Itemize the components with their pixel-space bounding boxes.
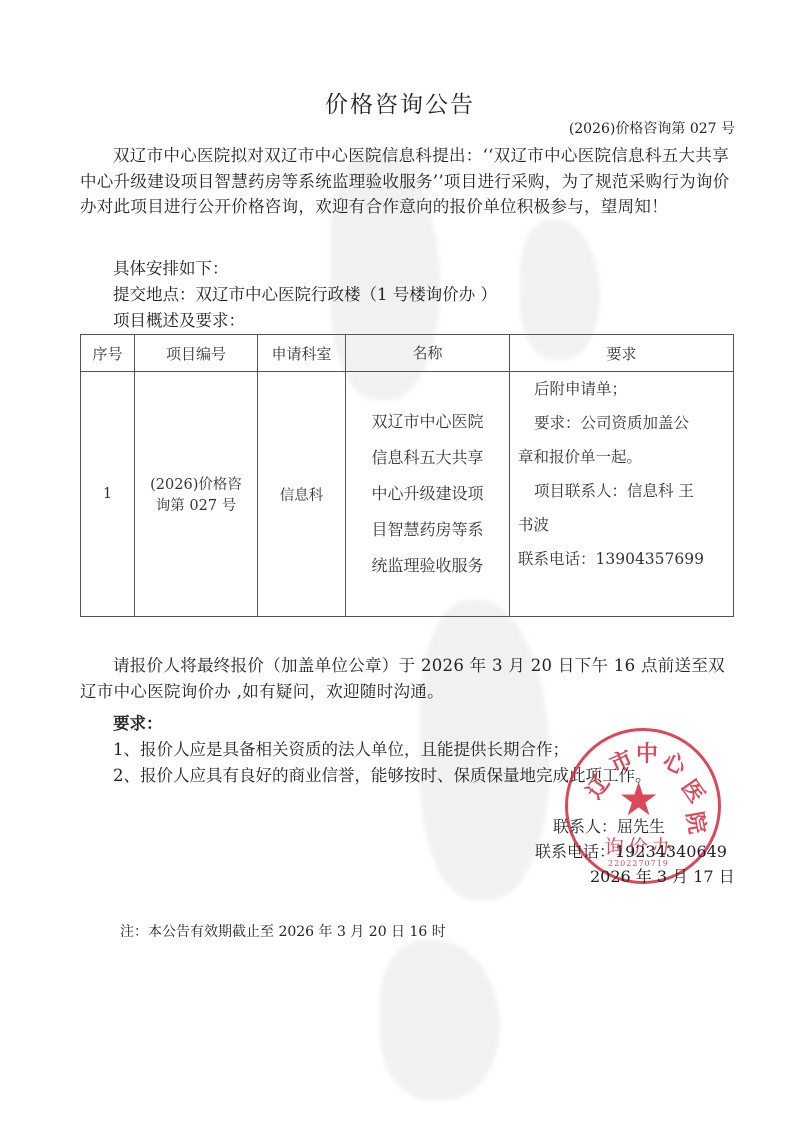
cell-name-line: 信息科五大共享 (346, 440, 509, 476)
project-table: 序号 项目编号 申请科室 名称 要求 1 (2026)价格咨 询第 027 号 … (80, 334, 734, 617)
cell-code: (2026)价格咨 询第 027 号 (135, 372, 258, 617)
overview-heading: 项目概述及要求： (113, 307, 245, 331)
header-code: 项目编号 (135, 335, 258, 372)
intro-paragraph: 双辽市中心医院拟对双辽市中心医院信息科提出：‘‘双辽市中心医院信息科五大共享中心… (80, 143, 730, 220)
cell-name-line: 目智慧药房等系 (346, 512, 509, 548)
header-dept: 申请科室 (258, 335, 346, 372)
header-name: 名称 (346, 335, 510, 372)
cell-seq: 1 (81, 372, 135, 617)
header-seq: 序号 (81, 335, 135, 372)
header-requirements: 要求 (510, 335, 734, 372)
req-contact-phone: 联系电话：13904357699 (518, 542, 725, 576)
deadline-paragraph: 请报价人将最终报价（加盖单位公章）于 2026 年 3 月 20 日下午 16 … (80, 653, 730, 704)
scan-texture (380, 940, 500, 1100)
cell-name-line: 双辽市中心医院 (346, 404, 509, 440)
arrangement-heading: 具体安排如下： (113, 255, 229, 279)
cell-code-line1: (2026)价格咨 (135, 473, 257, 494)
table-row: 1 (2026)价格咨 询第 027 号 信息科 双辽市中心医院 信息科五大共享… (81, 372, 734, 617)
stamp-char: 辽 (578, 769, 616, 805)
req-contact-person: 项目联系人：信息科 王 (518, 474, 725, 508)
stamp-char: 院 (680, 809, 714, 836)
cell-name-line: 中心升级建设项 (346, 476, 509, 512)
stamp-char: 中 (636, 737, 658, 768)
requirements-heading: 要求： (113, 710, 163, 734)
contact-phone: 联系电话：19234340649 (535, 839, 727, 862)
doc-number: (2026)价格咨询第 027 号 (569, 118, 735, 138)
footnote: 注：本公告有效期截止至 2026 年 3 月 20 日 16 时 (120, 921, 446, 941)
contact-person: 联系人：屈先生 (553, 814, 665, 837)
page-title: 价格咨询公告 (0, 86, 800, 119)
document-page: 价格咨询公告 (2026)价格咨询第 027 号 双辽市中心医院拟对双辽市中心医… (0, 0, 800, 1131)
submission-location: 提交地点：双辽市中心医院行政楼（1 号楼询价办 ） (113, 281, 497, 305)
requirement-item: 1、报价人应是具备相关资质的法人单位，且能提供长期合作； (113, 736, 569, 760)
req-attachment: 后附申请单； (518, 372, 725, 406)
cell-name: 双辽市中心医院 信息科五大共享 中心升级建设项 目智慧药房等系 统监理验收服务 (346, 372, 510, 617)
contact-date: 2026 年 3 月 17 日 (590, 864, 735, 887)
cell-requirements: 后附申请单； 要求：公司资质加盖公 章和报价单一起。 项目联系人：信息科 王 书… (510, 372, 734, 617)
cell-name-line: 统监理验收服务 (346, 548, 509, 584)
req-qualification-cont: 章和报价单一起。 (518, 440, 725, 474)
req-contact-person-cont: 书波 (518, 508, 725, 542)
req-qualification: 要求：公司资质加盖公 (518, 406, 725, 440)
cell-code-line2: 询第 027 号 (135, 494, 257, 515)
table-header-row: 序号 项目编号 申请科室 名称 要求 (81, 335, 734, 372)
stamp-char: 医 (675, 773, 713, 809)
cell-dept: 信息科 (258, 372, 346, 617)
stamp-char: 心 (658, 744, 691, 781)
